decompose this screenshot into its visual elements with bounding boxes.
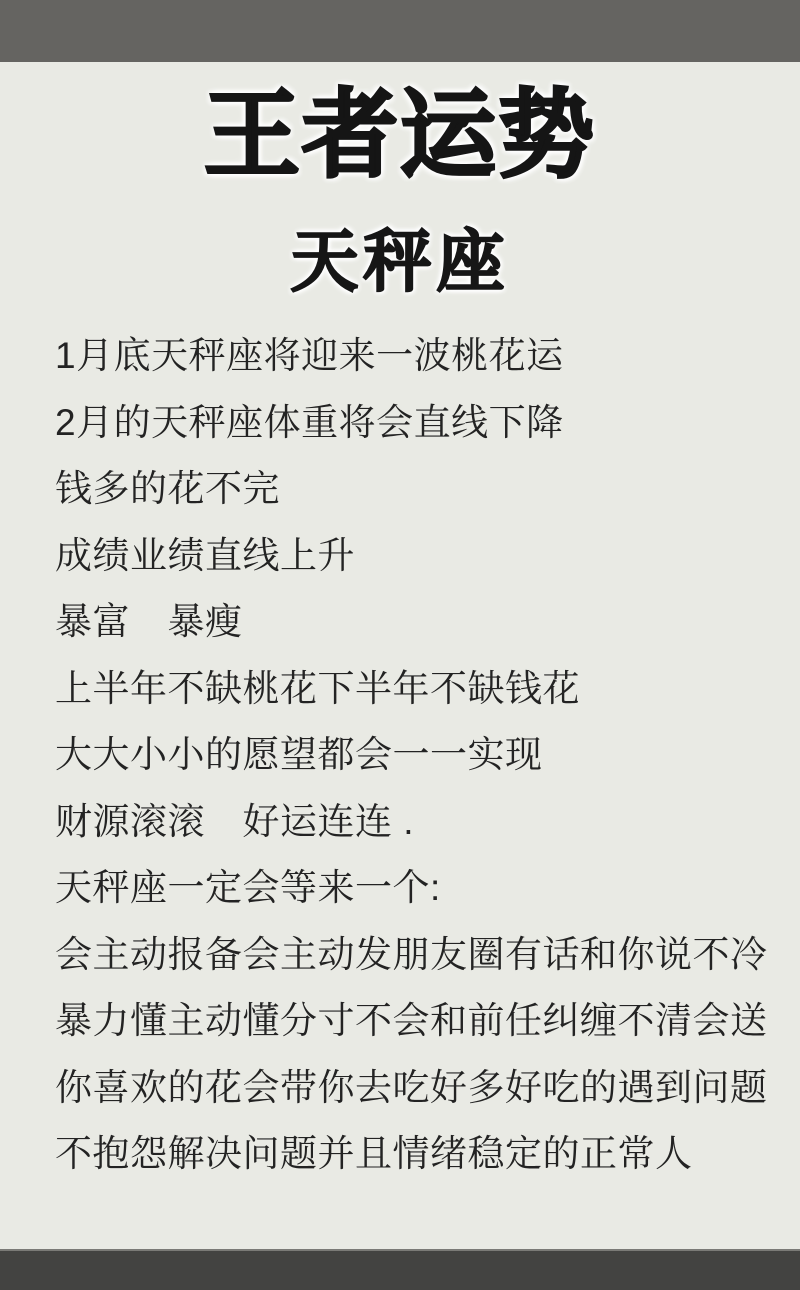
poster-line-2: 2月的天秤座体重将会直线下降 — [55, 386, 780, 453]
top-letterbox-bar — [0, 0, 800, 62]
poster-subtitle: 天秤座 — [0, 228, 800, 296]
poster-line-10: 会主动报备会主动发朋友圈有话和你说不冷 — [55, 918, 780, 985]
poster-line-3: 钱多的花不完 — [55, 452, 780, 519]
poster-line-8: 财源滚滚 好运连连 . — [55, 785, 780, 852]
fortune-poster: 王者运势 天秤座 1月底天秤座将迎来一波桃花运 2月的天秤座体重将会直线下降 钱… — [0, 0, 800, 1290]
bottom-letterbox-bar — [0, 1249, 800, 1290]
poster-line-9: 天秤座一定会等来一个: — [55, 851, 780, 918]
poster-line-12: 你喜欢的花会带你去吃好多好吃的遇到问题 — [55, 1051, 780, 1118]
poster-line-6: 上半年不缺桃花下半年不缺钱花 — [55, 652, 780, 719]
poster-line-1: 1月底天秤座将迎来一波桃花运 — [55, 319, 780, 386]
poster-line-13: 不抱怨解决问题并且情绪稳定的正常人 — [55, 1117, 780, 1184]
poster-body: 1月底天秤座将迎来一波桃花运 2月的天秤座体重将会直线下降 钱多的花不完 成绩业… — [55, 319, 780, 1184]
poster-title: 王者运势 — [0, 88, 800, 184]
poster-line-4: 成绩业绩直线上升 — [55, 519, 780, 586]
poster-line-11: 暴力懂主动懂分寸不会和前任纠缠不清会送 — [55, 984, 780, 1051]
poster-line-7: 大大小小的愿望都会一一实现 — [55, 718, 780, 785]
poster-line-5: 暴富 暴瘦 — [55, 585, 780, 652]
